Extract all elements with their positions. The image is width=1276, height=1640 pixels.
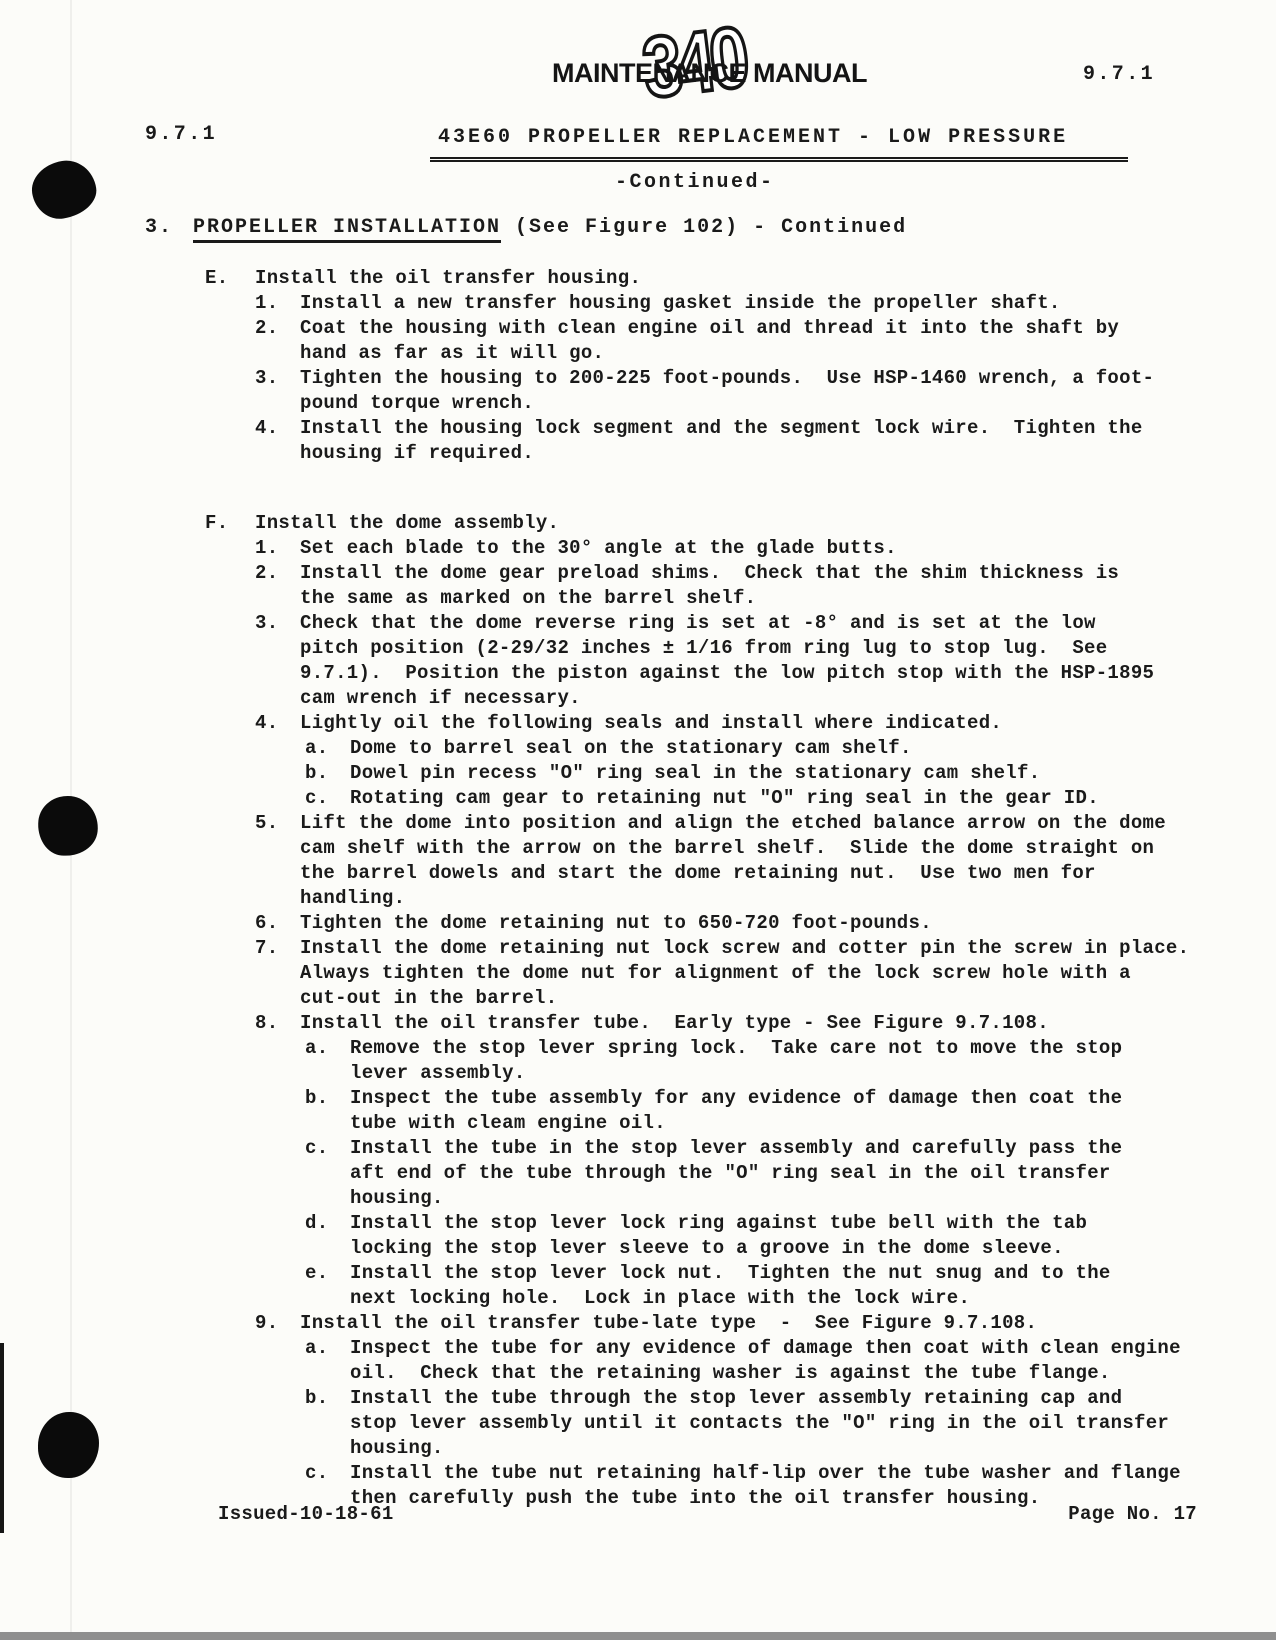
section-f: F. Install the dome assembly. 1. Set eac… [205,511,1276,1511]
item-text: Install the housing lock segment and the… [300,416,1143,466]
sub-letter: a. [305,1336,350,1386]
item-number: 7. [255,936,300,1011]
issued-date: Issued-10-18-61 [218,1503,394,1525]
list-item: 6. Tighten the dome retaining nut to 650… [255,911,1276,936]
item-text: Tighten the housing to 200-225 foot-poun… [300,366,1154,416]
section-header: F. Install the dome assembly. [205,511,1276,536]
sub-item: b. Install the tube through the stop lev… [305,1386,1181,1461]
section-heading: 3.PROPELLER INSTALLATION (See Figure 102… [145,216,907,239]
punch-hole [28,156,100,222]
heading-suffix: (See Figure 102) - Continued [501,216,907,239]
item-number: 2. [255,561,300,611]
page-number: Page No. 17 [1068,1503,1197,1525]
sub-text: Install the tube through the stop lever … [350,1386,1169,1461]
sub-letter: e. [305,1261,350,1311]
sub-item: a. Inspect the tube for any evidence of … [305,1336,1181,1386]
sub-text: Inspect the tube assembly for any eviden… [350,1086,1122,1136]
sub-text: Install the stop lever lock ring against… [350,1211,1087,1261]
sub-item: c. Rotating cam gear to retaining nut "O… [305,786,1099,811]
list-item: 2. Install the dome gear preload shims. … [255,561,1276,611]
item-text: Install the dome retaining nut lock scre… [300,936,1189,1011]
sub-letter: a. [305,1036,350,1086]
heading-title: PROPELLER INSTALLATION [193,216,501,243]
list-item: 3. Check that the dome reverse ring is s… [255,611,1276,711]
page-footer: Issued-10-18-61 Page No. 17 [218,1503,1197,1525]
sub-text: Rotating cam gear to retaining nut "O" r… [350,786,1099,811]
item-number: 2. [255,316,300,366]
sub-list: a. Dome to barrel seal on the stationary… [305,736,1099,811]
item-number: 1. [255,291,300,316]
sub-item: c. Install the tube in the stop lever as… [305,1136,1122,1211]
item-number: 8. [255,1011,300,1311]
sub-letter: b. [305,1086,350,1136]
sub-item: a. Remove the stop lever spring lock. Ta… [305,1036,1122,1086]
sub-item: e. Install the stop lever lock nut. Tigh… [305,1261,1122,1311]
item-number: 1. [255,536,300,561]
list-item: 9. Install the oil transfer tube-late ty… [255,1311,1276,1511]
scan-bottom-edge [0,1632,1276,1640]
list-item: 2. Coat the housing with clean engine oi… [255,316,1276,366]
item-text: Lightly oil the following seals and inst… [300,711,1099,736]
item-number: 4. [255,711,300,811]
item-text: Install the dome gear preload shims. Che… [300,561,1119,611]
item-number: 6. [255,911,300,936]
manual-page: 340 MAINTENANCE MANUAL 9.7.1 9.7.1 43E60… [0,0,1276,1640]
sub-letter: d. [305,1211,350,1261]
sub-item: d. Install the stop lever lock ring agai… [305,1211,1122,1261]
list-item: 7. Install the dome retaining nut lock s… [255,936,1276,1011]
heading-number: 3. [145,216,193,239]
item-number: 3. [255,611,300,711]
sub-letter: a. [305,736,350,761]
item-number: 9. [255,1311,300,1511]
doc-title: 43E60 PROPELLER REPLACEMENT - LOW PRESSU… [438,126,1068,149]
section-header: E. Install the oil transfer housing. [205,266,1276,291]
manual-title: MAINTENANCE MANUAL [552,58,867,89]
sub-text: Inspect the tube for any evidence of dam… [350,1336,1181,1386]
sub-item: a. Dome to barrel seal on the stationary… [305,736,1099,761]
item-number: 3. [255,366,300,416]
sub-list: a. Inspect the tube for any evidence of … [305,1336,1181,1511]
item-text: Install a new transfer housing gasket in… [300,291,1061,316]
item-text: Tighten the dome retaining nut to 650-72… [300,911,932,936]
sub-letter: b. [305,761,350,786]
item-text: Lift the dome into position and align th… [300,811,1166,911]
item-text: Coat the housing with clean engine oil a… [300,316,1119,366]
sub-list: a. Remove the stop lever spring lock. Ta… [305,1036,1122,1311]
sub-text: Install the tube in the stop lever assem… [350,1136,1122,1211]
section-label: F. [205,511,255,536]
list-item: 4. Install the housing lock segment and … [255,416,1276,466]
item-number: 4. [255,416,300,466]
sub-text: Dome to barrel seal on the stationary ca… [350,736,912,761]
item-text: Install the oil transfer tube. Early typ… [300,1011,1122,1036]
section-title: Install the dome assembly. [255,511,559,536]
section-ref-top-right: 9.7.1 [1083,63,1155,86]
section-e: E. Install the oil transfer housing. 1. … [205,266,1276,466]
sub-letter: c. [305,1136,350,1211]
section-label: E. [205,266,255,291]
continued-label: -Continued- [615,171,775,194]
sub-letter: b. [305,1386,350,1461]
item-text: Check that the dome reverse ring is set … [300,611,1154,711]
list-item: 1. Set each blade to the 30° angle at th… [255,536,1276,561]
item-text: Install the oil transfer tube-late type … [300,1311,1181,1336]
sub-text: Remove the stop lever spring lock. Take … [350,1036,1122,1086]
sub-text: Dowel pin recess "O" ring seal in the st… [350,761,1040,786]
section-ref-left: 9.7.1 [145,123,217,146]
list-item: 8. Install the oil transfer tube. Early … [255,1011,1276,1311]
sub-letter: c. [305,786,350,811]
list-item: 5. Lift the dome into position and align… [255,811,1276,911]
sub-text: Install the stop lever lock nut. Tighten… [350,1261,1111,1311]
list-item: 1. Install a new transfer housing gasket… [255,291,1276,316]
list-item: 3. Tighten the housing to 200-225 foot-p… [255,366,1276,416]
item-text: Set each blade to the 30° angle at the g… [300,536,897,561]
section-title: Install the oil transfer housing. [255,266,641,291]
sub-item: b. Dowel pin recess "O" ring seal in the… [305,761,1099,786]
document-body: E. Install the oil transfer housing. 1. … [0,266,1276,1511]
doc-title-underline [430,157,1128,162]
item-number: 5. [255,811,300,911]
list-item: 4. Lightly oil the following seals and i… [255,711,1276,811]
sub-item: b. Inspect the tube assembly for any evi… [305,1086,1122,1136]
